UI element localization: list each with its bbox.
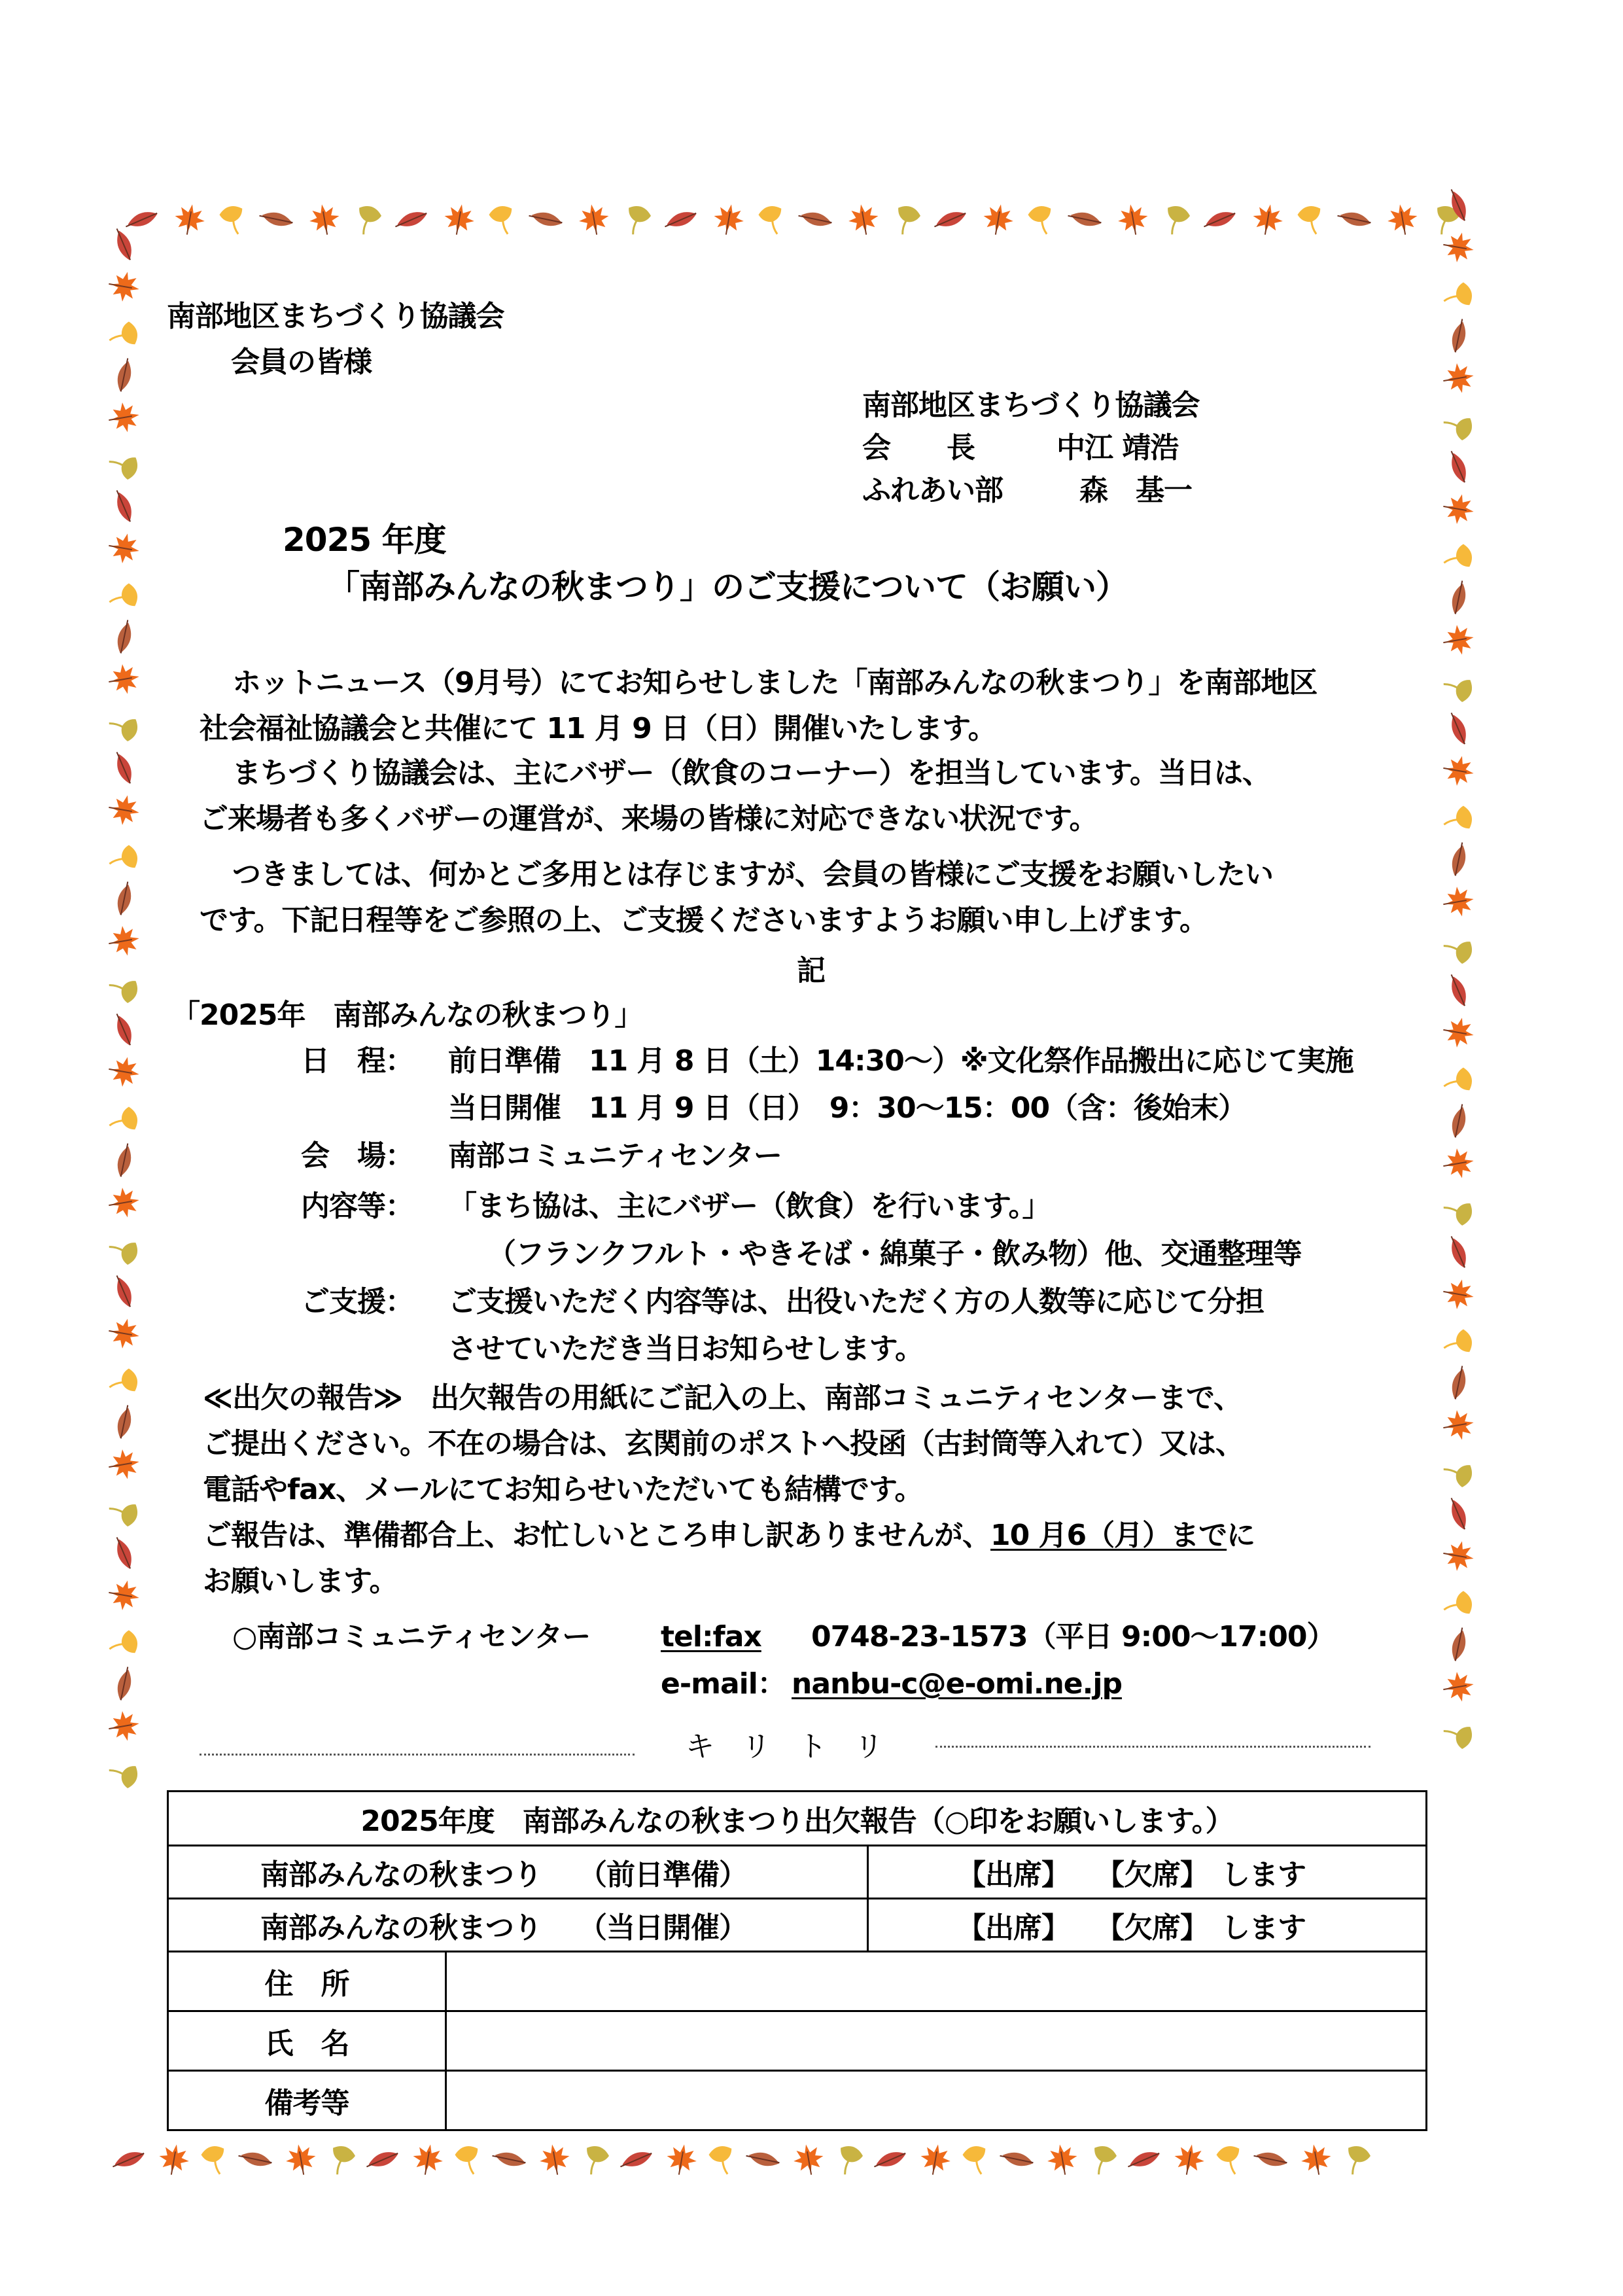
- report-line4-suffix: に: [1227, 1519, 1255, 1552]
- contact-tel: 0748-23-1573（平日 9:00～17:00）: [811, 1623, 1335, 1651]
- oval-leaf-icon: [490, 2145, 531, 2173]
- absent-option[interactable]: 【欠席】: [1096, 1911, 1208, 1945]
- oval-leaf-icon: [257, 205, 298, 233]
- maple-leaf-icon: [1297, 2140, 1336, 2179]
- oval-leaf-icon: [110, 1141, 138, 1182]
- body-p1-line2: 社会福祉協議会と共催にて 11 月 9 日（日）開催いたします。: [200, 715, 996, 743]
- oval-leaf-icon: [1200, 203, 1242, 234]
- maple-leaf-icon: [305, 200, 344, 239]
- oval-leaf-icon: [871, 2144, 912, 2174]
- form-event-row: 南部みんなの秋まつり（当日開催） 【出席】【欠席】します: [168, 1899, 1427, 1952]
- maple-leaf-icon: [1439, 1275, 1478, 1314]
- ginkgo-leaf-icon: [103, 708, 145, 747]
- maple-leaf-icon: [1439, 489, 1478, 529]
- maple-leaf-icon: [1439, 620, 1478, 660]
- ginkgo-leaf-icon: [1438, 930, 1480, 969]
- ginkgo-leaf-icon: [1438, 669, 1480, 707]
- contact-email-link[interactable]: nanbu-c@e-omi.ne.jp: [792, 1670, 1122, 1699]
- ginkgo-leaf-icon: [104, 840, 145, 877]
- venue-label: 会 場：: [301, 1142, 413, 1171]
- maple-leaf-icon: [105, 267, 144, 306]
- maple-leaf-icon: [105, 790, 144, 830]
- cut-line-label: キ リ ト リ: [686, 1733, 882, 1761]
- name-field[interactable]: [446, 2011, 1427, 2071]
- oval-leaf-icon: [110, 879, 138, 920]
- ginkgo-leaf-icon: [1438, 1454, 1480, 1492]
- ginkgo-leaf-icon: [484, 199, 521, 239]
- report-line4: ご報告は、準備都合上、お忙しいところ申し訳ありませんが、10 月6（月）までに: [203, 1521, 1255, 1550]
- ginkgo-leaf-icon: [1439, 277, 1479, 314]
- ginkgo-leaf-icon: [450, 2139, 487, 2180]
- sender-org: 南部地区まちづくり協議会: [862, 391, 1200, 420]
- cut-line-right: [935, 1746, 1370, 1748]
- form-event-name: 南部みんなの秋まつり: [260, 1911, 542, 1945]
- leaf-border-top: [124, 193, 1492, 245]
- ginkgo-leaf-icon: [1438, 1716, 1480, 1754]
- oval-leaf-icon: [109, 1272, 139, 1313]
- support-line1: ご支援いただく内容等は、出役いただく方の人数等に応じて分担: [448, 1288, 1264, 1316]
- contact-email-label: e-mail：: [661, 1670, 786, 1699]
- oval-leaf-icon: [1444, 1364, 1473, 1404]
- maple-leaf-icon: [979, 200, 1018, 239]
- ginkgo-leaf-icon: [887, 198, 926, 240]
- form-attendance-cell: 【出席】【欠席】します: [868, 1846, 1427, 1899]
- maple-leaf-icon: [1439, 1405, 1478, 1445]
- oval-leaf-icon: [1335, 205, 1376, 233]
- ginkgo-leaf-icon: [1439, 1063, 1479, 1099]
- content-line1: 「まち協は、主にバザー（飲食）を行います。」: [448, 1192, 1050, 1221]
- maple-leaf-icon: [105, 1183, 144, 1222]
- sender-dept-title: ふれあい部: [862, 476, 1003, 505]
- ginkgo-leaf-icon: [196, 2139, 233, 2180]
- report-line2: ご提出ください。不在の場合は、玄関前のポストへ投函（古封筒等入れて）又は、: [203, 1430, 1244, 1458]
- form-field-label: 備考等: [168, 2071, 446, 2130]
- oval-leaf-icon: [1125, 2144, 1166, 2174]
- sender-dept-name: 森 基一: [1079, 476, 1192, 505]
- report-line4-text: ご報告は、準備都合上、お忙しいところ申し訳ありませんが、: [203, 1519, 990, 1552]
- ginkgo-leaf-icon: [1438, 407, 1480, 446]
- oval-leaf-icon: [110, 1665, 138, 1705]
- maple-leaf-icon: [408, 2140, 447, 2179]
- report-line3: 電話やfax、メールにてお知らせいただいても結構です。: [203, 1475, 923, 1504]
- form-event-row: 南部みんなの秋まつり（前日準備） 【出席】【欠席】します: [168, 1846, 1427, 1899]
- oval-leaf-icon: [1443, 186, 1474, 227]
- ginkgo-leaf-icon: [958, 2139, 994, 2180]
- support-line2: させていただき当日お知らせします。: [448, 1335, 923, 1364]
- ginkgo-leaf-icon: [1293, 199, 1329, 239]
- form-field-row: 備考等: [168, 2071, 1427, 2130]
- body-p2-line1: まちづくり協議会は、主にバザー（飲食のコーナー）を担当しています。当日は、: [232, 759, 1270, 788]
- sender-chair-name: 中江 靖浩: [1056, 434, 1178, 463]
- oval-leaf-icon: [110, 356, 138, 397]
- content-label: 内容等：: [301, 1192, 413, 1221]
- oval-leaf-icon: [109, 749, 139, 790]
- event-name: 「2025年 南部みんなの秋まつり」: [171, 1001, 642, 1030]
- ginkgo-leaf-icon: [704, 2139, 741, 2180]
- oval-leaf-icon: [109, 487, 139, 528]
- ginkgo-leaf-icon: [104, 317, 145, 353]
- form-field-row: 氏 名: [168, 2011, 1427, 2071]
- oval-leaf-icon: [998, 2145, 1038, 2173]
- ginkgo-leaf-icon: [348, 198, 387, 240]
- ginkgo-leaf-icon: [1337, 2138, 1376, 2180]
- form-header: 2025年度 南部みんなの秋まつり出欠報告（○印をお願いします。）: [168, 1792, 1427, 1846]
- maple-leaf-icon: [1043, 2140, 1082, 2179]
- maple-leaf-icon: [154, 2140, 194, 2179]
- maple-leaf-icon: [1170, 2140, 1209, 2179]
- maple-leaf-icon: [1439, 1013, 1478, 1052]
- sender-chair-title: 会 長: [862, 434, 993, 463]
- ginkgo-leaf-icon: [1023, 199, 1060, 239]
- report-line1: ≪出欠の報告≫ 出欠報告の用紙にご記入の上、南部コミュニティセンターまで、: [203, 1384, 1242, 1413]
- oval-leaf-icon: [1443, 448, 1474, 489]
- maple-leaf-icon: [1439, 228, 1478, 267]
- ginkgo-leaf-icon: [104, 1625, 145, 1662]
- addressee-members: 会員の皆様: [231, 348, 372, 377]
- ginkgo-leaf-icon: [104, 1364, 145, 1400]
- ginkgo-leaf-icon: [1212, 2139, 1248, 2180]
- oval-leaf-icon: [1443, 1233, 1474, 1274]
- form-field-label: 氏 名: [168, 2011, 446, 2071]
- maple-leaf-icon: [574, 200, 614, 239]
- attendance-suffix: します: [1221, 1911, 1306, 1945]
- maple-leaf-icon: [170, 200, 209, 239]
- ginkgo-leaf-icon: [1439, 539, 1479, 576]
- oval-leaf-icon: [1066, 205, 1106, 233]
- oval-leaf-icon: [109, 1534, 139, 1575]
- maple-leaf-icon: [105, 1706, 144, 1746]
- form-event-name: 南部みんなの秋まつり: [260, 1858, 542, 1892]
- oval-leaf-icon: [1444, 1102, 1473, 1142]
- maple-leaf-icon: [281, 2140, 321, 2179]
- ginkgo-leaf-icon: [1438, 1192, 1480, 1231]
- maple-leaf-icon: [105, 1314, 144, 1353]
- oval-leaf-icon: [1444, 578, 1473, 619]
- ginkgo-leaf-icon: [103, 970, 145, 1008]
- form-event-type: （当日開催）: [578, 1911, 747, 1945]
- attendance-form: 2025年度 南部みんなの秋まつり出欠報告（○印をお願いします。） 南部みんなの…: [167, 1790, 1427, 2131]
- oval-leaf-icon: [617, 2144, 658, 2174]
- leaf-border-left: [105, 236, 144, 2133]
- maple-leaf-icon: [1248, 200, 1287, 239]
- support-label: ご支援：: [301, 1288, 413, 1316]
- venue-value: 南部コミュニティセンター: [448, 1142, 782, 1171]
- ginkgo-leaf-icon: [576, 2138, 614, 2180]
- ginkgo-leaf-icon: [103, 1231, 145, 1270]
- body-p1-line1: ホットニュース（9月号）にてお知らせしました「南部みんなの秋まつり」を南部地区: [232, 669, 1317, 698]
- ginkgo-leaf-icon: [103, 1755, 145, 1793]
- maple-leaf-icon: [1439, 882, 1478, 921]
- oval-leaf-icon: [661, 203, 703, 234]
- oval-leaf-icon: [527, 205, 567, 233]
- ginkgo-leaf-icon: [104, 1102, 145, 1139]
- ginkgo-leaf-icon: [1439, 801, 1479, 838]
- title-year: 2025 年度: [283, 523, 446, 556]
- content-line2: （フランクフルト・やきそば・綿菓子・飲み物）他、交通整理等: [487, 1240, 1301, 1269]
- contact-tel-label: tel:fax: [661, 1623, 761, 1651]
- ginkgo-leaf-icon: [1157, 198, 1195, 240]
- oval-leaf-icon: [109, 2144, 150, 2174]
- maple-leaf-icon: [709, 200, 748, 239]
- body-p2-line2: ご来場者も多くバザーの運営が、来場の皆様に対応できない状況です。: [200, 805, 1097, 834]
- attend-option[interactable]: 【出席】: [957, 1858, 1070, 1892]
- oval-leaf-icon: [1443, 971, 1474, 1012]
- ginkgo-leaf-icon: [215, 199, 251, 239]
- maple-leaf-icon: [1439, 751, 1478, 790]
- maple-leaf-icon: [789, 2140, 828, 2179]
- absent-option[interactable]: 【欠席】: [1096, 1858, 1208, 1892]
- cut-line-left: [200, 1754, 635, 1756]
- maple-leaf-icon: [105, 398, 144, 437]
- body-p3-line1: つきましては、何かとご多用とは存じますが、会員の皆様にご支援をお願いしたい: [232, 860, 1273, 889]
- ginkgo-leaf-icon: [1439, 1586, 1479, 1623]
- oval-leaf-icon: [110, 1403, 138, 1443]
- maple-leaf-icon: [105, 921, 144, 961]
- oval-leaf-icon: [1443, 1494, 1474, 1536]
- form-attendance-cell: 【出席】【欠席】します: [868, 1899, 1427, 1952]
- leaf-border-bottom: [111, 2136, 1498, 2182]
- oval-leaf-icon: [796, 205, 837, 233]
- ginkgo-leaf-icon: [1439, 1324, 1479, 1361]
- maple-leaf-icon: [1383, 200, 1422, 239]
- oval-leaf-icon: [392, 203, 433, 234]
- maple-leaf-icon: [105, 1576, 144, 1615]
- addressee-org: 南部地区まちづくり協議会: [167, 302, 504, 331]
- page-title: 「南部みんなの秋まつり」のご支援について（お願い）: [327, 571, 1128, 603]
- report-deadline: 10 月6（月）まで: [990, 1519, 1227, 1552]
- maple-leaf-icon: [1439, 1536, 1478, 1576]
- maple-leaf-icon: [1439, 1667, 1478, 1706]
- report-line5: お願いします。: [203, 1567, 397, 1596]
- maple-leaf-icon: [105, 1445, 144, 1484]
- ginkgo-leaf-icon: [104, 578, 145, 615]
- form-field-label: 住 所: [168, 1952, 446, 2011]
- ginkgo-leaf-icon: [829, 2138, 868, 2180]
- ki-heading: 記: [797, 957, 825, 985]
- maple-leaf-icon: [1439, 359, 1478, 398]
- schedule-line1: 前日準備 11 月 8 日（土）14:30～）※文化祭作品搬出に応じて実施: [448, 1047, 1353, 1076]
- ginkgo-leaf-icon: [754, 199, 790, 239]
- oval-leaf-icon: [1444, 317, 1473, 357]
- form-event-cell: 南部みんなの秋まつり（当日開催）: [168, 1899, 868, 1952]
- address-field[interactable]: [446, 1952, 1427, 2011]
- oval-leaf-icon: [744, 2145, 784, 2173]
- oval-leaf-icon: [110, 618, 138, 658]
- maple-leaf-icon: [105, 1052, 144, 1091]
- ginkgo-leaf-icon: [322, 2138, 360, 2180]
- attendance-suffix: します: [1221, 1858, 1306, 1892]
- oval-leaf-icon: [363, 2144, 404, 2174]
- oval-leaf-icon: [1444, 840, 1473, 881]
- remarks-field[interactable]: [446, 2071, 1427, 2130]
- maple-leaf-icon: [105, 529, 144, 568]
- schedule-line2: 当日開催 11 月 9 日（日） 9：30～15：00（含：後始末）: [448, 1094, 1246, 1123]
- maple-leaf-icon: [440, 200, 479, 239]
- form-event-type: （前日準備）: [578, 1858, 747, 1892]
- oval-leaf-icon: [1444, 1625, 1473, 1666]
- oval-leaf-icon: [236, 2145, 277, 2173]
- form-event-cell: 南部みんなの秋まつり（前日準備）: [168, 1846, 868, 1899]
- ginkgo-leaf-icon: [103, 1493, 145, 1532]
- ginkgo-leaf-icon: [1083, 2138, 1122, 2180]
- form-header-row: 2025年度 南部みんなの秋まつり出欠報告（○印をお願いします。）: [168, 1792, 1427, 1846]
- schedule-label: 日 程：: [301, 1047, 413, 1076]
- maple-leaf-icon: [662, 2140, 701, 2179]
- oval-leaf-icon: [1443, 709, 1474, 751]
- oval-leaf-icon: [109, 1010, 139, 1051]
- form-field-row: 住 所: [168, 1952, 1427, 2011]
- maple-leaf-icon: [105, 660, 144, 699]
- body-p3-line2: です。下記日程等をご参照の上、ご支援くださいますようお願い申し上げます。: [200, 906, 1208, 935]
- maple-leaf-icon: [916, 2140, 955, 2179]
- maple-leaf-icon: [1439, 1144, 1478, 1183]
- attend-option[interactable]: 【出席】: [957, 1911, 1070, 1945]
- contact-org: ○南部コミュニティセンター: [232, 1623, 590, 1651]
- oval-leaf-icon: [1251, 2145, 1292, 2173]
- maple-leaf-icon: [535, 2140, 574, 2179]
- ginkgo-leaf-icon: [103, 446, 145, 485]
- maple-leaf-icon: [1113, 200, 1153, 239]
- leaf-border-right: [1439, 196, 1478, 2127]
- oval-leaf-icon: [931, 203, 972, 234]
- maple-leaf-icon: [844, 200, 883, 239]
- ginkgo-leaf-icon: [618, 198, 656, 240]
